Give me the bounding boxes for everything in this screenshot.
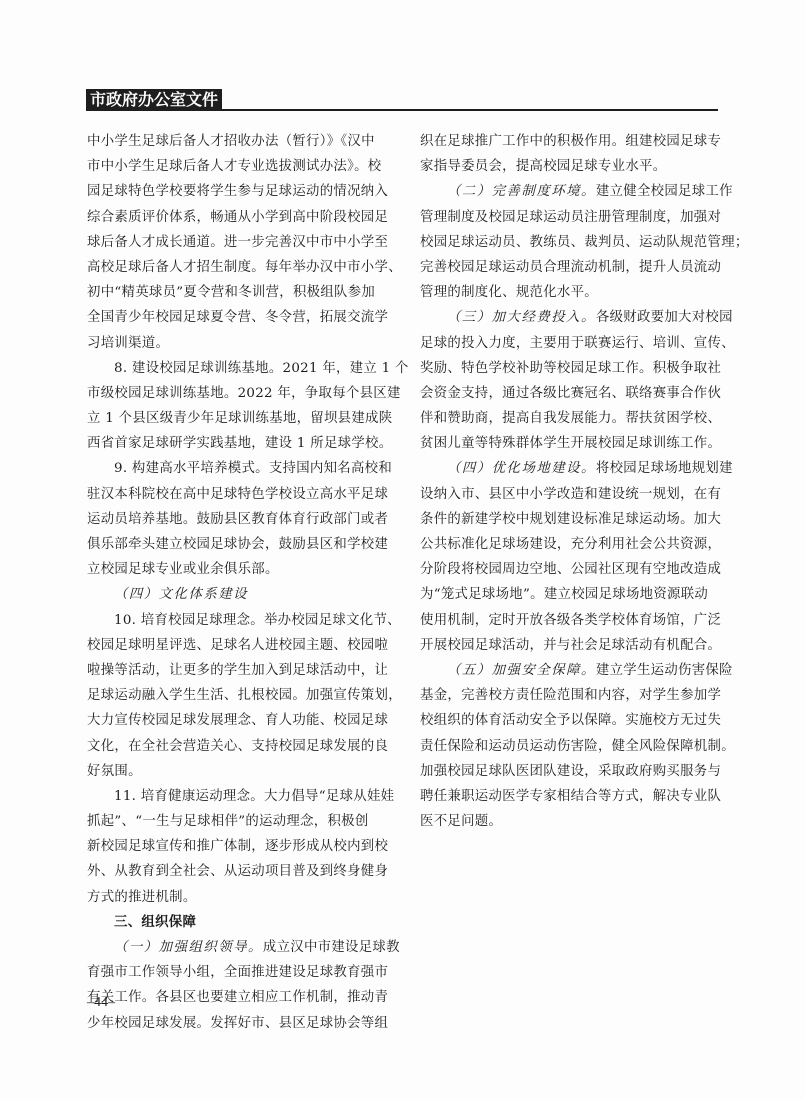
text-line: 初中“精英球员”夏令营和冬训营，积极组队参加	[87, 280, 393, 305]
text-line: 使用机制，定时开放各级各类学校体育场馆，广泛	[420, 608, 722, 633]
text-line: 管理的制度化、规范化水平。	[420, 280, 722, 305]
text-line: 全国青少年校园足球夏令营、冬令营，拓展交流学	[87, 305, 393, 330]
text-line: 俱乐部牵头建立校园足球协会，鼓励县区和学校建	[87, 532, 393, 557]
subsection-heading: （四）优化场地建设。	[447, 461, 596, 476]
text-line: （五）加强安全保障。建立学生运动伤害保险	[420, 658, 722, 683]
subsection-heading: （二）完善制度环境。	[447, 184, 596, 199]
text-line: 大力宣传校园足球发展理念、育人功能、校园足球	[87, 708, 393, 733]
left-column: 中小学生足球后备人才招收办法（暂行）》《汉中市中小学生足球后备人才专业选拔测试办…	[87, 129, 393, 1036]
text-line: 有关工作。各县区也要建立相应工作机制，推动青	[87, 985, 393, 1010]
text-line: 新校园足球宣传和推广体制，逐步形成从校内到校	[87, 834, 393, 859]
text-line: 足球运动融入学生生活、扎根校园。加强宣传策划，	[87, 683, 393, 708]
text-line: 育强市工作领导小组，全面推进建设足球教育强市	[87, 960, 393, 985]
text-line: 西省首家足球研学实践基地，建设 1 所足球学校。	[87, 431, 393, 456]
text-line: 立校园足球专业或业余俱乐部。	[87, 557, 393, 582]
text-line: 开展校园足球活动，并与社会足球活动有机配合。	[420, 633, 722, 658]
text-line: （二）完善制度环境。建立健全校园足球工作	[420, 179, 722, 204]
text-line: 家指导委员会，提高校园足球专业水平。	[420, 154, 722, 179]
text-line: 公共标准化足球场建设，充分利用社会公共资源，	[420, 532, 722, 557]
text-line: 校园足球明星评选、足球名人进校园主题、校园啦	[87, 633, 393, 658]
text-line: 好氛围。	[87, 759, 393, 784]
page-number: –44–	[87, 995, 115, 1011]
text-line: 11. 培育健康运动理念。大力倡导“足球从娃娃	[87, 784, 393, 809]
text-line: 少年校园足球发展。发挥好市、县区足球协会等组	[87, 1011, 393, 1036]
text-line: 加强校园足球队医团队建设，采取政府购买服务与	[420, 759, 722, 784]
text-line: 伴和赞助商，提高自我发展能力。帮扶贫困学校、	[420, 406, 722, 431]
text-line: 织在足球推广工作中的积极作用。组建校园足球专	[420, 129, 722, 154]
section-heading: 三、组织保障	[87, 910, 393, 935]
text-line: 为“笼式足球场地”。建立校园足球场地资源联动	[420, 582, 722, 607]
text-line: （一）加强组织领导。成立汉中市建设足球教	[87, 935, 393, 960]
subsection-heading: （四）文化体系建设	[87, 582, 393, 607]
text-line: 奖励、特色学校补助等校园足球工作。积极争取社	[420, 356, 722, 381]
text-line: 球后备人才成长通道。进一步完善汉中市中小学至	[87, 230, 393, 255]
paragraph-text: 建立健全校园足球工作	[596, 184, 733, 199]
text-line: 9. 构建高水平培养模式。支持国内知名高校和	[87, 456, 393, 481]
text-line: 校组织的体育活动安全予以保障。实施校方无过失	[420, 708, 722, 733]
text-line: 高校足球后备人才招生制度。每年举办汉中市小学、	[87, 255, 393, 280]
text-line: 校园足球运动员、教练员、裁判员、运动队规范管理；	[420, 230, 722, 255]
text-line: 市中小学生足球后备人才专业选拔测试办法》。校	[87, 154, 393, 179]
text-line: 10. 培育校园足球理念。举办校园足球文化节、	[87, 608, 393, 633]
text-line: 责任保险和运动员运动伤害险，健全风险保障机制。	[420, 734, 722, 759]
text-line: 立 1 个县区级青少年足球训练基地，留坝县建成陕	[87, 406, 393, 431]
paragraph-text: 将校园足球场地规划建	[596, 461, 733, 476]
paragraph-text: 成立汉中市建设足球教	[263, 940, 400, 955]
text-line: 抓起”、“一生与足球相伴”的运动理念，积极创	[87, 809, 393, 834]
paragraph-text: 各级财政要加大对校园	[596, 310, 733, 325]
text-line: 驻汉本科院校在高中足球特色学校设立高水平足球	[87, 482, 393, 507]
text-line: 分阶段将校园周边空地、公园社区现有空地改造成	[420, 557, 722, 582]
text-line: （四）优化场地建设。将校园足球场地规划建	[420, 456, 722, 481]
text-line: 条件的新建学校中规划建设标准足球运动场。加大	[420, 507, 722, 532]
page-header: 市政府办公室文件	[86, 89, 718, 111]
text-line: 外、从教育到全社会、从运动项目普及到终身健身	[87, 859, 393, 884]
text-line: 综合素质评价体系，畅通从小学到高中阶段校园足	[87, 205, 393, 230]
text-line: 贫困儿童等特殊群体学生开展校园足球训练工作。	[420, 431, 722, 456]
subsection-heading: （三）加大经费投入。	[447, 310, 596, 325]
text-line: 设纳入市、县区中小学改造和建设统一规划，在有	[420, 482, 722, 507]
text-line: 管理制度及校园足球运动员注册管理制度，加强对	[420, 205, 722, 230]
text-line: 聘任兼职运动医学专家相结合等方式，解决专业队	[420, 784, 722, 809]
subsection-heading: （五）加强安全保障。	[447, 663, 596, 678]
text-line: 足球的投入力度，主要用于联赛运行、培训、宣传、	[420, 331, 722, 356]
text-line: （三）加大经费投入。各级财政要加大对校园	[420, 305, 722, 330]
text-line: 会资金支持，通过各级比赛冠名、联络赛事合作伙	[420, 381, 722, 406]
text-line: 文化，在全社会营造关心、支持校园足球发展的良	[87, 734, 393, 759]
section-tag: 市政府办公室文件	[86, 89, 222, 111]
paragraph-text: 建立学生运动伤害保险	[596, 663, 733, 678]
text-line: 市级校园足球训练基地。2022 年，争取每个县区建	[87, 381, 393, 406]
text-line: 方式的推进机制。	[87, 885, 393, 910]
text-line: 中小学生足球后备人才招收办法（暂行）》《汉中	[87, 129, 393, 154]
subsection-heading: （一）加强组织领导。	[114, 940, 263, 955]
text-line: 运动员培养基地。鼓励县区教育体育行政部门或者	[87, 507, 393, 532]
text-line: 完善校园足球运动员合理流动机制，提升人员流动	[420, 255, 722, 280]
text-line: 园足球特色学校要将学生参与足球运动的情况纳入	[87, 179, 393, 204]
text-line: 医不足问题。	[420, 809, 722, 834]
text-line: 啦操等活动，让更多的学生加入到足球活动中，让	[87, 658, 393, 683]
text-line: 8. 建设校园足球训练基地。2021 年，建立 1 个	[87, 356, 393, 381]
right-column: 织在足球推广工作中的积极作用。组建校园足球专家指导委员会，提高校园足球专业水平。…	[420, 129, 722, 834]
text-line: 基金，完善校方责任险范围和内容，对学生参加学	[420, 683, 722, 708]
text-line: 习培训渠道。	[87, 331, 393, 356]
